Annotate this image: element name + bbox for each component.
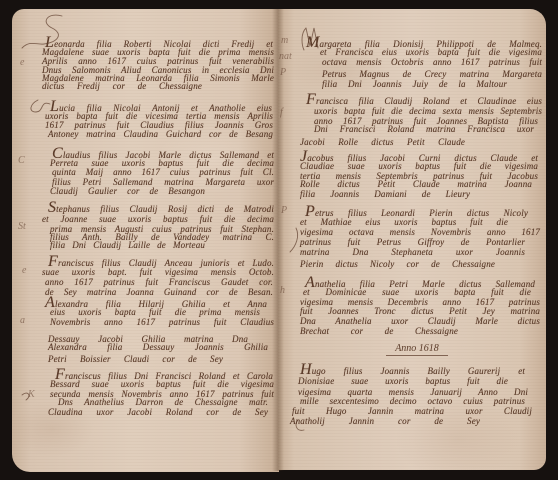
- manuscript-line: Dni Francisci Roland matrina Francisca u…: [314, 124, 534, 135]
- margin-note: P: [280, 68, 286, 78]
- margin-note: f: [280, 108, 283, 118]
- manuscript-line: filia Dni Joannis Juiy de la Maltour: [322, 79, 507, 90]
- manuscript-line: Claudina uxor Jacobi Roland cor de Sey: [48, 407, 268, 418]
- manuscript-text: Leonarda filia Roberti Nicolai dicti Fre…: [0, 0, 558, 480]
- manuscript-line: Petrus filius Leonardi Pierin dictus Nic…: [305, 206, 528, 217]
- manuscript-line: filia Joannis Damiani de Lieury: [300, 189, 470, 200]
- margin-note: e: [22, 266, 26, 276]
- margin-note: a: [20, 316, 25, 326]
- margin-note: e: [20, 58, 24, 68]
- manuscript-line: Francisca filia Claudij Roland et Claudi…: [306, 94, 542, 105]
- margin-note: C: [18, 156, 25, 166]
- margin-note: P: [281, 206, 287, 216]
- margin-note: h: [280, 286, 285, 296]
- manuscript-line: Dionisiae suae uxoris baptus fuit die: [298, 376, 508, 387]
- manuscript-line: Hugo filius Joannis Bailly Gaurerij et: [300, 364, 525, 375]
- year-heading: Anno 1618: [386, 343, 448, 356]
- margin-note: St: [18, 222, 26, 232]
- manuscript-line: Brechat cor de Chessaigne: [300, 326, 458, 337]
- manuscript-line: octava mensis Octobris anno 1617 patrinu…: [322, 57, 542, 68]
- manuscript-line: Franciscus filius Claudij Anceau juniori…: [48, 256, 274, 267]
- manuscript-line: Antoney matrina Claudina Guichard cor de…: [48, 129, 273, 140]
- manuscript-line: dictus Fredij cor de Chessaigne: [42, 81, 202, 92]
- margin-note: K: [28, 390, 35, 400]
- manuscript-line: Anatholij Jannin cor de Sey: [290, 416, 480, 427]
- margin-note: nat: [279, 52, 292, 62]
- manuscript-line: Claudij Gaulier cor de Besangon: [50, 186, 205, 197]
- manuscript-line: Stephanus filius Claudij Rosij dicti de …: [48, 202, 274, 213]
- manuscript-line: Petri Boissier Claudi cor de Sey: [48, 354, 223, 365]
- manuscript-line: Alexandra filia Dessauy Joannis Ghilia: [48, 342, 268, 353]
- manuscript-line: Novembris anno 1617 patrinus fuit Claudi…: [50, 317, 274, 328]
- manuscript-line: Pierin dictus Nicoly cor de Chessaigne: [300, 259, 495, 270]
- margin-note: m: [281, 36, 288, 46]
- manuscript-line: filia Dni Claudij Laille de Morteau: [50, 240, 205, 251]
- manuscript-line: matrina Dna Stephaneta uxor Joannis: [300, 247, 525, 258]
- manuscript-line: Jacobi Rolle dictus Petit Claude: [300, 137, 465, 148]
